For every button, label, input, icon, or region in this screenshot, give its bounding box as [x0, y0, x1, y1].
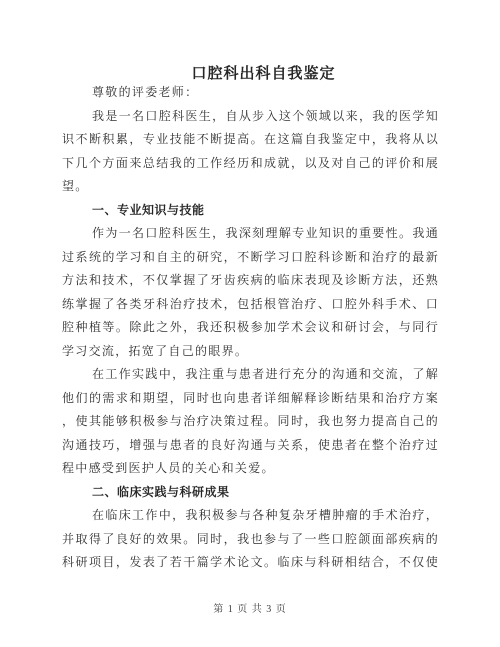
page-number-indicator: 第 1 页 共 3 页 [0, 602, 500, 618]
body-line: 并取得了良好的效果。同时，我也参与了一些口腔颌面部疾病的 [62, 528, 439, 552]
body-line: 学习交流，拓宽了自己的眼界。 [62, 340, 439, 364]
body-line: 下几个方面来总结我的工作经历和成就，以及对自己的评价和展 [62, 152, 439, 176]
body-line: 腔种植等。除此之外，我还积极参加学术会议和研讨会，与同行 [62, 316, 439, 340]
section-heading-2: 二、临床实践与科研成果 [62, 481, 439, 505]
body-line: ，使其能够积极参与治疗决策过程。同时，我也努力提高自己的 [62, 410, 439, 434]
document-body: 尊敬的评委老师： 我是一名口腔科医生，自从步入这个领域以来，我的医学知 识不断积… [62, 81, 439, 575]
body-line: 过系统的学习和自主的研究，不断学习口腔科诊断和治疗的最新 [62, 246, 439, 270]
body-line: 望。 [62, 175, 439, 199]
section-heading-1: 一、专业知识与技能 [62, 199, 439, 223]
body-line: 在临床工作中，我积极参与各种复杂牙槽肿瘤的手术治疗， [62, 504, 439, 528]
body-line: 识不断积累，专业技能不断提高。在这篇自我鉴定中，我将从以 [62, 128, 439, 152]
body-line: 程中感受到医护人员的关心和关爱。 [62, 457, 439, 481]
document-page: 口腔科出科自我鉴定 尊敬的评委老师： 我是一名口腔科医生，自从步入这个领域以来，… [0, 0, 500, 647]
body-line: 科研项目，发表了若干篇学术论文。临床与科研相结合，不仅使 [62, 551, 439, 575]
body-line: 我是一名口腔科医生，自从步入这个领域以来，我的医学知 [62, 105, 439, 129]
body-line: 他们的需求和期望，同时也向患者详细解释诊断结果和治疗方案 [62, 387, 439, 411]
body-line: 在工作实践中，我注重与患者进行充分的沟通和交流，了解 [62, 363, 439, 387]
body-line: 作为一名口腔科医生，我深刻理解专业知识的重要性。我通 [62, 222, 439, 246]
body-line: 沟通技巧，增强与患者的良好沟通与关系，使患者在整个治疗过 [62, 434, 439, 458]
salutation-line: 尊敬的评委老师： [62, 81, 439, 105]
body-line: 练掌握了各类牙科治疗技术，包括根管治疗、口腔外科手术、口 [62, 293, 439, 317]
body-line: 方法和技术，不仅掌握了牙齿疾病的临床表现及诊断方法，还熟 [62, 269, 439, 293]
